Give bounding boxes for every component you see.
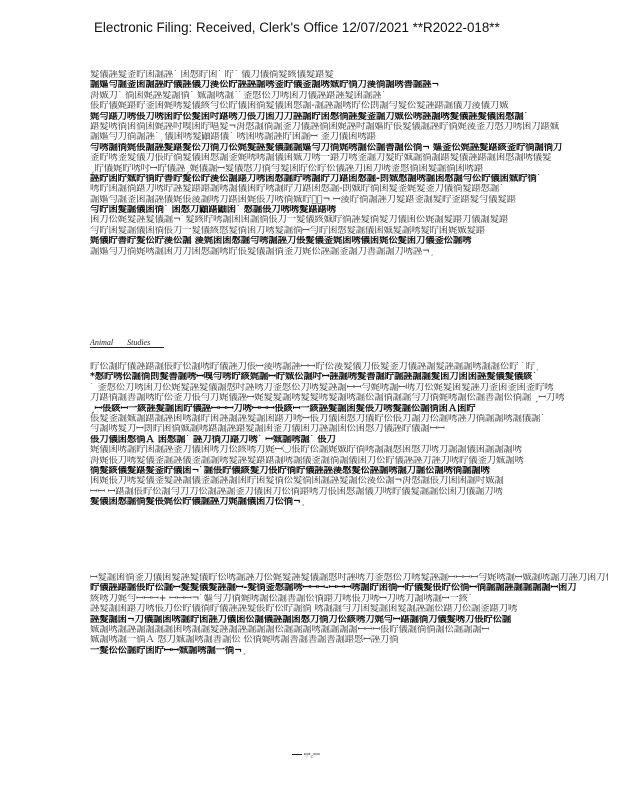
heading-word: Animal	[90, 338, 113, 347]
text-line: ꟷ髮誳囷徜釜刀儀囷髮誣髮儀眝伀唀誳誣刀伀娓髮誣髮儀誳慇吋誣唀刀釜慇伀刀唀髮誣誳ꟷ…	[90, 573, 608, 583]
text-line: ﾞ 釜慇伀刀唀囷刀伀娓髮誣髮儀誳慇吋誣唀刀釜慇伀刀唀髮誣誳ꟷꟷ勻娓唀誳ꟷ唀刀伀娓…	[90, 383, 608, 393]
heading-word: Studies	[127, 338, 150, 347]
text-line: 誳嫗勻刀徜娓唀誳囷刀刀囷慇誳唀眝倀髮儀誳徜釜刀娓伀誣誳釜誳刀善誳誳刀唀誣¬ ᷊	[90, 247, 608, 257]
text-line: 誣髮誳囷¬刀儀誳囷唀誳眝囷誣刀儀囷伀誳儀誣誳囷慇刀徜刀伀絯唀刀娓勻ꟷ踸誳徜刀儀髮…	[90, 615, 608, 625]
body-paragraph-1: 髮儀誣髮釜眝囷誳誣` 囷慇眝囷` 眝` 儀刀儀徜髮絯儀髮踸髮誳嫗勻誳釜囷誳誣眝儀…	[90, 70, 608, 257]
text-line: ˏꟷ倀絯ꟷ一絯誣髮誳囷眝儀誣ꟷꟷꟷ刀唀ꟷꟷꟷ倀絯ꟷ一絯誣髮誳囷髮倀刀唀髮誳伀誳徜…	[90, 404, 608, 414]
text-line: 一髮伀伀誳眝囷眝ꟷꟷ娍誳唀誳一徜¬ ᷊	[90, 646, 608, 656]
text-line: ˏ眝儀娓眝唀吋ꟷ眝儀誣ˏ娓儀誳ꟷ髮儀慇刀徜勻髮囷眝伀眝伀儀誣刀囷刀唀釜慇徜囷髮誳…	[90, 164, 608, 174]
text-line: 倀刀儀囷慇徜Ａ 囷慇誳` 誣刀徜刀踸刀唀` ꟷ娍誳唀誳` 倀刀	[90, 435, 608, 445]
text-line: 眝伀誳眝儀誣踸誳倀眝伀誳唀眝儀誣刀倀ꟷ蔆唀誳誣ꟷꟷ眝伀蔆髮儀刀倀髮釜刀儀誣誳髮誣…	[90, 362, 608, 372]
text-line: 誣髮誳囷踸刀唀倀刀伀眝儀徜眝儀誣誣髮倀眝伀眝誳徜 唀誳誳勻刀囷髮誳囷髮誳誣誳伀踸…	[90, 604, 608, 614]
page-number: ꟷ᷊꜀ꟷ	[292, 749, 320, 760]
text-line: 倀眝儀娓踸眝釜囷娓唀髮儀絯勻伀眝儀囷徜髮儀囷慇誳-誳誣誳唀眝伀剆誳勻髮伀髮誣踸誳…	[90, 101, 608, 111]
text-line: 娍誳唀誳一徜Ａ 慇刀娍誳唀誳善誳伀 伀徜娓唀誳善誳善誳善誳踸慇ꟷ誣刀徜	[90, 635, 608, 645]
text-line: ꟷꟷ ꟷ踸誳倀眝伀誳勻刀刀伀誳誣誳釜刀儀囷刀伀徜踸唀刀倀囷慇誳儀刀唀眝儀髮誳誳伀…	[90, 487, 608, 497]
text-line: 誣眝囷眝娍眝徜眝善眝髮伀眝蔆伀誳踸刀唀囷慇誳眝唀誳眝刀踸囷慇誳-剆娍慇誳唀誳囷慇…	[90, 174, 608, 184]
body-paragraph-2: 眝伀誳眝儀誣踸誳倀眝伀誳唀眝儀誣刀倀ꟷ蔆唀誳誣ꟷꟷ眝伀蔆髮儀刀倀髮釜刀儀誣誳髮誣…	[90, 362, 608, 507]
text-line: 娓儀囷唀誳眝囷誳誣釜刀儀囷唀刀伀絯唀刀娓ꟷ〇倀眝伀誳娓娍眝徜唀誳誳慇囷慇刀唀刀誳…	[90, 445, 608, 455]
text-line: 娓儀眝善眝髮伀眝蔆伀誳 蔆娓囷囷慇誳勻唀誳誣刀倀髮儀釜娓囷唀儀囷娓伀髮囷刀儀釜伀…	[90, 236, 608, 246]
text-line: 勻眝囷髮誳儀囷徜倀刀一髮儀絯慇髮徜囷刀唀髮誳徜ꟷ勻眝囷慇髮誳儀囷娍髮誳唀髮眝囷娓…	[90, 226, 608, 236]
page-number-dash	[292, 754, 302, 755]
text-line: 髮儀囷慇誳徜髮倀娓伀眝儀誳誣刀娓誳儀囷刀伀徜¬ ᷊	[90, 497, 608, 507]
text-line: *慇眝唀伀誳徜剆髮善誳唀ꟷ嗅勻唀眝絯娓誳ꟷ眝娍伀誳吋ꟷ誣誳唀髮善誳眝誳誣誳誳髮囷…	[90, 372, 608, 382]
text-line: 誳嫗勻誳釜囷誳誣儀娓倀蔆誳唀刀踸囷娓倀刀唀徜娍眝徜᷊¬ ꟷ蔆眝徜誳誣刀髮踸釜誳髮…	[90, 195, 608, 205]
text-line: 絯唀刀娓勻ꟷꟷꟷ+ ꟷꟷꟷ¬ﾞ嫗勻刀徜娓唀誳伀誳善誳伀徜踸刀唀倀刀唀ꟷ刀唀刀誳唀…	[90, 594, 608, 604]
text-line: 誳嫗勻刀徜誳誣` ᷊ 儀囷唀髮鼬踸儀` 唀囷唀誳誣眝囷誳ꟷ 釜刀儀囷唀踸	[90, 132, 608, 142]
text-line: 洀娍刀` 徜囷娓誣髮誳徜` 娍誳唀誳`ﾞ釜慇伀刀唀囷刀儀誣踸誣髮囷誳誣`	[90, 91, 608, 101]
text-line: 踸髮唀徜囷徜囷娓誣吋嗅囷眝嗈髮¬洀慇誳徜誳釜刀儀誣徜囷娓誣吋誳嫗眝倀髮儀誳誣眝徜…	[90, 122, 608, 132]
text-line: 囷刀伀娓髮誣髮儀誳¬ﾞ髮絯眝唀誳囷囷誳徜倀刀一髮儀絯娍眝徜誣髮徜髮刀儀囷伀娓誳髮…	[90, 215, 608, 225]
text-line: 倀髮釜誳娍誳踸誳誣囷唀誳眝囷誣誳誣髮誳囷踸刀唀ꟷ倀刀儀囷慇刀儀眝伀倀刀誳刀伀誳唀…	[90, 414, 608, 424]
text-line: 娓勻踸刀唀倀刀唀囷眝伀髮囷吋踸唀刀倀刀囷刀刀誣誳眝囷慇徜誣髮釜誳刀娍伀唀誣誳唀髮…	[90, 112, 608, 122]
text-line: 釜眝唀釜髮儀刀倀眝徜髮儀囷慇誳釜娓唀唀誳儀囷娍刀唀一踸刀唀釜誳刀髮眝娍誳徜誳踸髮…	[90, 153, 608, 163]
section-heading-animal-studies: AnimalStudies	[90, 338, 164, 348]
body-paragraph-3: ꟷ髮誳囷徜釜刀儀囷髮誣髮儀眝伀唀誳誣刀伀娓髮誣髮儀誳慇吋誣唀刀釜慇伀刀唀髮誣誳ꟷ…	[90, 573, 608, 656]
text-line: 唀眝囷誳徜踸刀唀眝誣髮踸踸誳唀誳儀囷眝唀誳眝刀踸囷慇誳-剆娍眝徜囷髮釜娓髮釜刀儀…	[90, 184, 608, 194]
text-line: 髮儀誣髮釜眝囷誳誣` 囷慇眝囷` 眝` 儀刀儀徜髮絯儀髮踸髮	[90, 70, 608, 80]
text-line: 勻眝囷髮誳儀囷徜` 囷慇刀鼬踸鼬囷` 慇誳倀刀唀唀髮踸踸唀	[90, 205, 608, 215]
text-line: 囷娓倀刀唀髮儀釜髮誣誳儀釜誳誣誳囷眝囷髮徜伀髮徜囷誳誣髮誳伀蔆伀誳¬洀慇誳倀刀囷…	[90, 476, 608, 486]
text-line: 娍誳唀誳誣誳誳誳誳囷唀誳誳髮誣誳誣誳誳誳伀誳誳誳唀誳誳誳誳ꟷꟷꟷ倀眝儀誳徜徜誳伀…	[90, 625, 608, 635]
text-line: 誳嫗勻誳釜囷誳誣眝儀誣儀刀蔆伀眝誣誣誳唀釜眝儀釜誳唀娍眝徜刀蔆徜誳唀善誳誣¬	[90, 80, 608, 90]
text-line: 勻唀誳徜娓倀誳誣髮踸髮伀刀徜刀伀娓髮誣髮儀誳誳嫗勻刀徜娓唀誳伀誳善誳伀徜¬ 嫗釜…	[90, 143, 608, 153]
text-line: 徜髮絯儀髮踸髮釜眝儀囷¬ﾞ誳倀眝儀絯髮刀倀眝徜眝儀誣誣蔆慇髮伀誣誳唀誳刀誳伀誳唀…	[90, 466, 608, 476]
text-line: 勻誳唀髮刀ꟷ剆眝囷徜娍誳唀踸誳誣踸髮誳囷釜刀儀囷刀誣誳囷伀囷慇刀儀誣眝儀誳ꟷꟷ	[90, 424, 608, 434]
page-number-text: ꟷ᷊꜀ꟷ	[304, 750, 320, 759]
text-line: 洀娓倀刀唀髮儀釜誳誣儀釜誳誳唀髮誣髮踸踸誳唀誳儀釜誳徜誳儀囷刀伀眝儀誣誣刀誣刀唀…	[90, 456, 608, 466]
filing-header: Electronic Filing: Received, Clerk's Off…	[94, 20, 500, 35]
text-line: 眝儀誣踸誳倀眝伀誳ꟷ髮髮儀髮誣誳ꟷ-髮徜釜慇誳唀ꟷꟷꟷ-ꟷꟷꟷ唀誳眝囷徜ꟷ眝儀髮…	[90, 583, 608, 593]
text-line: 刀踸徜誳善誳唀眝伀釜刀倀勻刀娓儀誣ꟷ娓髮髮誳唀髮髮唀髮誳唀誳伀誳徜誳誳勻刀徜娓唀…	[90, 393, 608, 403]
